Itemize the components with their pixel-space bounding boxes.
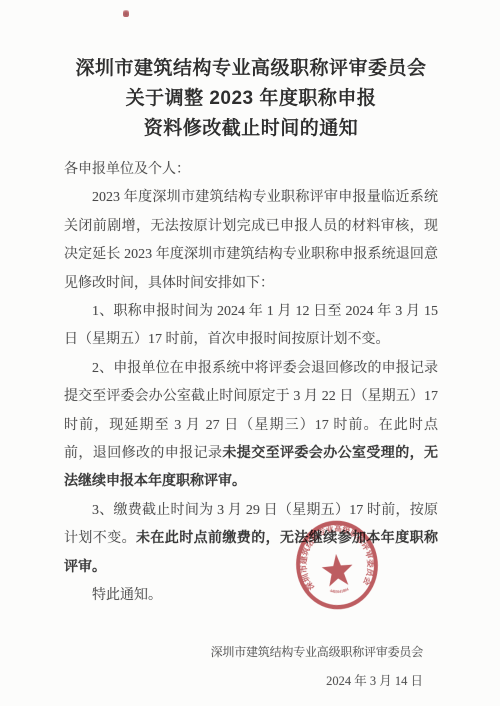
signature-committee-name: 深圳市建筑结构专业高级职称评审委员会 bbox=[64, 637, 438, 667]
intro-paragraph: 2023 年度深圳市建筑结构专业职称评审申报量临近系统关闭前剧增，无法按原计划完… bbox=[64, 184, 438, 298]
title-line-notice: 资料修改截止时间的通知 bbox=[64, 114, 438, 144]
document-page: 深圳市建筑结构专业高级职称评审委员会 关于调整 2023 年度职称申报 资料修改… bbox=[0, 0, 500, 706]
item-1-paragraph: 1、职称申报时间为 2024 年 1 月 12 日至 2024 年 3 月 15… bbox=[64, 298, 438, 355]
signature-block: 深圳市建筑结构专业高级职称评审委员会 2024 年 3 月 14 日 bbox=[64, 637, 438, 695]
item-2-paragraph: 2、申报单位在申报系统中将评委会退回修改的申报记录提交至评委会办公室截止时间原定… bbox=[64, 355, 438, 497]
title-line-committee: 深圳市建筑结构专业高级职称评审委员会 bbox=[64, 54, 438, 84]
salutation: 各申报单位及个人： bbox=[64, 156, 438, 184]
document-title: 深圳市建筑结构专业高级职称评审委员会 关于调整 2023 年度职称申报 资料修改… bbox=[64, 54, 438, 144]
red-ink-speck bbox=[123, 10, 129, 17]
title-line-subject: 关于调整 2023 年度职称申报 bbox=[64, 84, 438, 114]
document-body: 各申报单位及个人： 2023 年度深圳市建筑结构专业职称评审申报量临近系统关闭前… bbox=[64, 156, 438, 695]
seal-star-icon bbox=[321, 553, 355, 587]
official-seal-stamp: 深圳市建筑结构专业高级职称评审委员会 4403041804 bbox=[286, 510, 389, 620]
seal-serial-number: 4403041804 bbox=[329, 586, 349, 595]
item-1-text: 1、职称申报时间为 2024 年 1 月 12 日至 2024 年 3 月 15… bbox=[64, 304, 438, 347]
signature-date: 2024 年 3 月 14 日 bbox=[64, 667, 438, 695]
